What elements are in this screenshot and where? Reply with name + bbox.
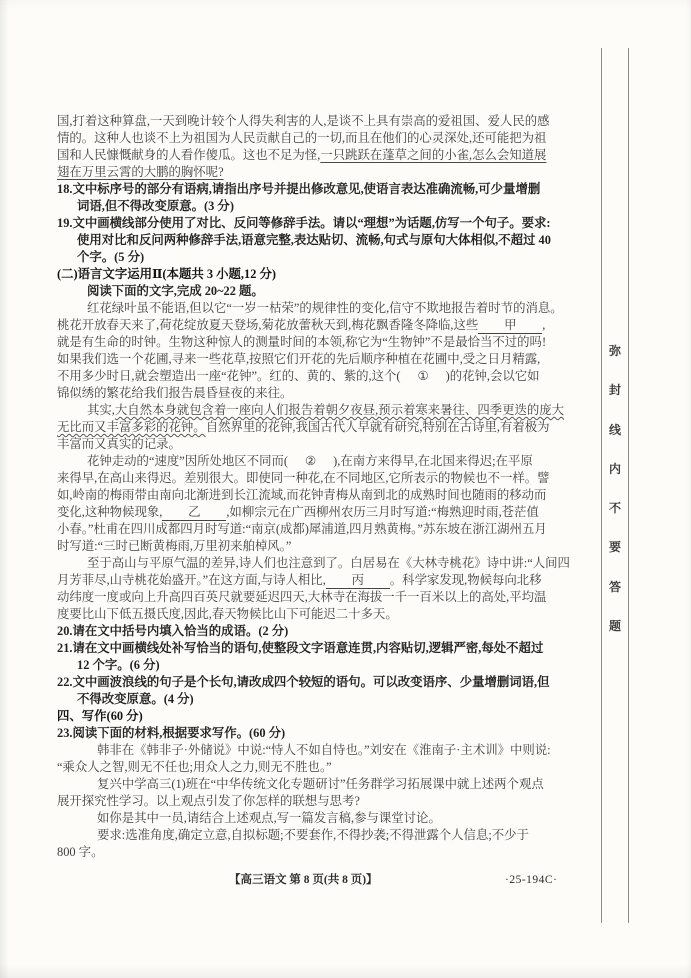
text-segment: 21.请在文中画横线处补写恰当的语句,使整段文字语意连贯,内容贴切,逻辑严密,每… xyxy=(57,641,543,655)
text-line-44: 800 字。 xyxy=(57,844,593,861)
fill-in-blank: 甲 xyxy=(478,318,542,334)
text-segment: 800 字。 xyxy=(57,845,103,859)
seal-char: 封 xyxy=(609,381,621,398)
footer-code-label: ·25-194C· xyxy=(505,872,557,889)
text-segment: 自然界里的花钟,我国古代人早就有研究,特别在古诗里,有着极为 xyxy=(206,420,550,434)
text-segment: 12 个字。(6 分) xyxy=(77,658,160,672)
text-line-33: 12 个字。(6 分) xyxy=(77,657,593,674)
text-line-14: 就是有生命的时钟。生物这种惊人的测量时间的本领,称它为“生物钟”不是最恰当不过的… xyxy=(57,334,593,351)
text-line-10: (二)语言文字运用Ⅱ(本题共 3 小题,12 分) xyxy=(57,266,593,283)
text-segment: 其实, xyxy=(87,403,115,417)
text-line-22: 来得早,在高山来得迟。差别很大。即使同一种花,在不同地区,它所表示的物候也不一样… xyxy=(57,470,593,487)
text-line-28: 月芳菲尽,山寺桃花始盛开。”在这方面,与诗人相比,丙。科学家发现,物候每向北移 xyxy=(57,572,593,589)
text-segment: 度要比山下低五摄氏度,因此,春天物候比山下可能迟二十多天。 xyxy=(57,607,398,621)
text-segment: 22.文中画波浪线的句子是个长句,请改成四个较短的语句。可以改变语序、少量增删词… xyxy=(57,675,550,689)
text-segment: 丰富而又真实的记录。 xyxy=(57,437,181,451)
seal-char: 线 xyxy=(609,421,621,438)
text-line-42: 如你是其中一员,请结合上述观点,写一篇发言稿,参与课堂讨论。 xyxy=(97,810,593,827)
text-segment: 四、写作(60 分) xyxy=(57,709,143,723)
text-segment: 23.阅读下面的材料,根据要求写作。(60 分) xyxy=(57,726,285,740)
seal-text: 弥封线内不要答题 xyxy=(602,342,628,634)
text-segment: 红花绿叶虽不能语,但以它“一岁一枯荣”的规律性的变化,信守不欺地报告着时节的消息… xyxy=(87,301,563,315)
text-line-15: 如果我们选一个花圃,寻来一些花草,按照它们开花的先后顺序种植在花圃中,受之日月精… xyxy=(57,351,593,368)
text-segment: (二)语言文字运用Ⅱ(本题共 3 小题,12 分) xyxy=(57,267,276,281)
text-line-9: 个字。(5 分) xyxy=(77,249,593,266)
text-line-25: 小春。”杜甫在四川成都四月时写道:“南京(成都)犀浦道,四月熟黄梅。”苏东坡在浙… xyxy=(57,521,593,538)
seal-line-right xyxy=(628,48,629,923)
text-line-11: 阅读下面的文字,完成 20~22 题。 xyxy=(87,283,593,300)
text-line-30: 度要比山下低五摄氏度,因此,春天物候比山下可能迟二十多天。 xyxy=(57,606,593,623)
text-segment: , xyxy=(542,318,545,332)
seal-char: 不 xyxy=(609,499,621,516)
text-segment: 19.文中画横线部分使用了对比、反问等修辞手法。请以“理想”为话题,仿写一个句子… xyxy=(57,216,551,230)
text-line-37: 23.阅读下面的材料,根据要求写作。(60 分) xyxy=(57,725,593,742)
fill-in-blank: 丙 xyxy=(326,573,390,589)
text-line-20: 丰富而又真实的记录。 xyxy=(57,436,593,453)
text-segment: 使用对比和反问两种修辞手法,语意完整,表达贴切、流畅,句式与原句大体相似,不超过… xyxy=(77,233,551,247)
text-segment: 要求:选准角度,确定立意,自拟标题;不要套作,不得抄袭;不得泄露个人信息;不少于 xyxy=(97,828,529,842)
text-segment: 小春。”杜甫在四川成都四月时写道:“南京(成都)犀浦道,四月熟黄梅。”苏东坡在浙… xyxy=(57,522,547,536)
text-segment: 。科学家发现,物候每向北移 xyxy=(390,573,542,587)
text-line-32: 21.请在文中画横线处补写恰当的语句,使整段文字语意连贯,内容贴切,逻辑严密,每… xyxy=(57,640,593,657)
text-line-3: 国和人民慷慨献身的人看作傻瓜。这也不足为怪,一只跳跃在蓬草之间的小雀,怎么会知道… xyxy=(57,147,593,164)
text-line-19: 无比而又丰富多彩的花钟。自然界里的花钟,我国古代人早就有研究,特别在古诗里,有着… xyxy=(57,419,593,436)
exam-page-scan: 国,打着这种算盘,一天到晚计较个人得失利害的人,是谈不上具有崇高的爱祖国、爱人民… xyxy=(0,0,691,978)
text-segment: 至于高山与平原气温的差异,诗人们也注意到了。白居易在《大林寺桃花》诗中讲:“人间… xyxy=(87,556,570,570)
text-line-16: 不用多少时日,就会塑造出一座“花钟”。红的、黄的、紫的,这个(①)的花钟,会以它… xyxy=(57,368,593,385)
text-line-39: “乘众人之智,则无不任也;用众人之力,则无不胜也。” xyxy=(57,759,593,776)
text-segment: 18.文中标序号的部分有语病,请指出序号并提出修改意见,使语言表达准确流畅,可少… xyxy=(57,182,540,196)
text-segment: “乘众人之智,则无不任也;用众人之力,则无不胜也。” xyxy=(57,760,332,774)
seal-char: 答 xyxy=(609,578,621,595)
text-segment: 不得改变原意。(4 分) xyxy=(77,692,194,706)
text-line-18: 其实,大自然本身就包含着一座向人们报告着朝夕夜昼,预示着寒来暑往、四季更迭的庞大 xyxy=(87,402,593,419)
text-line-21: 花钟走动的“速度”因所处地区不同而(②),在南方来得早,在北国来得迟;在平原 xyxy=(87,453,593,470)
underlined-text: 翅在万里云霄的大鹏的胸怀呢? xyxy=(57,165,224,179)
text-line-4: 翅在万里云霄的大鹏的胸怀呢? xyxy=(57,164,593,181)
footer-page-label: 【高三语文 第 8 页(共 8 页)】 xyxy=(229,872,378,889)
text-line-17: 锦似绣的繁花给我们报告晨昏昼夜的来往。 xyxy=(57,385,593,402)
text-segment: 桃花开放春天来了,荷花绽放夏天登场,菊花放蕾秋天到,梅花飘香隆冬降临,这些 xyxy=(57,318,478,332)
text-segment: )的花钟,会以它如 xyxy=(446,369,540,383)
text-segment: ,如柳宗元在广西柳州农历三月时写道:“梅熟迎时雨,苍茫值 xyxy=(226,505,539,519)
text-segment: 变化,这种物候现象, xyxy=(57,505,162,519)
text-segment: 20.请在文中括号内填入恰当的成语。(2 分) xyxy=(57,624,288,638)
text-line-27: 至于高山与平原气温的差异,诗人们也注意到了。白居易在《大林寺桃花》诗中讲:“人间… xyxy=(87,555,593,572)
text-line-41: 展开探究性学习。以上观点引发了你怎样的联想与思考? xyxy=(57,793,593,810)
text-segment: 如你是其中一员,请结合上述观点,写一篇发言稿,参与课堂讨论。 xyxy=(97,811,441,825)
text-line-2: 情的。这种人也谈不上为祖国为人民贡献自己的一切,而且在他们的心灵深处,还可能把为… xyxy=(57,130,593,147)
text-segment: 时写道:“三时已断黄梅雨,万里初来舶棹风。” xyxy=(57,539,291,553)
text-segment: 词语,但不得改变原意。(3 分) xyxy=(77,199,234,213)
text-line-23: 如,岭南的梅雨带由南向北渐进到长江流域,而花钟青梅从南到北的成熟时间也随雨的移动… xyxy=(57,487,593,504)
underlined-text: 一只跳跃在蓬草之间的小雀,怎么会知道展 xyxy=(320,148,546,162)
text-segment: 韩非在《韩非子·外储说》中说:“恃人不如自恃也。”刘安在《淮南子·主术训》中则说… xyxy=(97,743,551,757)
text-line-26: 时写道:“三时已断黄梅雨,万里初来舶棹风。” xyxy=(57,538,593,555)
text-segment: 来得早,在高山来得迟。差别很大。即使同一种花,在不同地区,它所表示的物候也不一样… xyxy=(57,471,550,485)
text-line-5: 18.文中标序号的部分有语病,请指出序号并提出修改意见,使语言表达准确流畅,可少… xyxy=(57,181,593,198)
text-segment: 如果我们选一个花圃,寻来一些花草,按照它们开花的先后顺序种植在花圃中,受之日月精… xyxy=(57,352,540,366)
text-line-29: 动纬度一度或向上升高四百英尺就要延迟四天,大林寺在海拔一千一百米以上的高处,平均… xyxy=(57,589,593,606)
circled-number: ① xyxy=(400,368,445,385)
fill-in-blank: 乙 xyxy=(162,505,226,521)
text-segment: 花钟走动的“速度”因所处地区不同而( xyxy=(87,454,288,468)
seal-char: 内 xyxy=(609,460,621,477)
page-footer: 【高三语文 第 8 页(共 8 页)】 ·25-194C· xyxy=(57,872,593,889)
text-line-24: 变化,这种物候现象,乙,如柳宗元在广西柳州农历三月时写道:“梅熟迎时雨,苍茫值 xyxy=(57,504,593,521)
text-line-43: 要求:选准角度,确定立意,自拟标题;不要套作,不得抄袭;不得泄露个人信息;不少于 xyxy=(97,827,593,844)
text-line-13: 桃花开放春天来了,荷花绽放夏天登场,菊花放蕾秋天到,梅花飘香隆冬降临,这些甲, xyxy=(57,317,593,334)
text-segment: 复兴中学高三(1)班在“中华传统文化专题研讨”任务群学习拓展课中就上述两个观点 xyxy=(97,777,544,791)
text-segment: 国和人民慷慨献身的人看作傻瓜。这也不足为怪, xyxy=(57,148,320,162)
text-segment: 个字。(5 分) xyxy=(77,250,144,264)
text-segment: 就是有生命的时钟。生物这种惊人的测量时间的本领,称它为“生物钟”不是最恰当不过的… xyxy=(57,335,546,349)
text-segment: ),在南方来得早,在北国来得迟;在平原 xyxy=(333,454,533,468)
text-segment: 锦似绣的繁花给我们报告晨昏昼夜的来往。 xyxy=(57,386,292,400)
text-segment: 情的。这种人也谈不上为祖国为人民贡献自己的一切,而且在他们的心灵深处,还可能把为… xyxy=(57,131,546,145)
text-segment: 阅读下面的文字,完成 20~22 题。 xyxy=(87,284,264,298)
text-line-36: 四、写作(60 分) xyxy=(57,708,593,725)
text-line-35: 不得改变原意。(4 分) xyxy=(77,691,593,708)
text-line-31: 20.请在文中括号内填入恰当的成语。(2 分) xyxy=(57,623,593,640)
text-line-40: 复兴中学高三(1)班在“中华传统文化专题研讨”任务群学习拓展课中就上述两个观点 xyxy=(97,776,593,793)
text-line-38: 韩非在《韩非子·外储说》中说:“恃人不如自恃也。”刘安在《淮南子·主术训》中则说… xyxy=(97,742,593,759)
seal-char: 要 xyxy=(609,538,621,555)
circled-number: ② xyxy=(288,453,333,470)
seal-char: 弥 xyxy=(609,342,621,359)
text-line-7: 19.文中画横线部分使用了对比、反问等修辞手法。请以“理想”为话题,仿写一个句子… xyxy=(57,215,593,232)
text-block: 国,打着这种算盘,一天到晚计较个人得失利害的人,是谈不上具有崇高的爱祖国、爱人民… xyxy=(57,113,593,861)
wavy-underlined-text: 大自然本身就包含着一座向人们报告着朝夕夜昼,预示着寒来暑往、四季更迭的庞大 xyxy=(115,403,564,417)
text-segment: 国,打着这种算盘,一天到晚计较个人得失利害的人,是谈不上具有崇高的爱祖国、爱人民… xyxy=(57,114,550,128)
seal-char: 题 xyxy=(609,617,621,634)
text-segment: 展开探究性学习。以上观点引发了你怎样的联想与思考? xyxy=(57,794,360,808)
text-line-34: 22.文中画波浪线的句子是个长句,请改成四个较短的语句。可以改变语序、少量增删词… xyxy=(57,674,593,691)
text-line-8: 使用对比和反问两种修辞手法,语意完整,表达贴切、流畅,句式与原句大体相似,不超过… xyxy=(77,232,593,249)
wavy-underlined-text: 无比而又丰富多彩的花钟。 xyxy=(57,420,206,434)
text-line-12: 红花绿叶虽不能语,但以它“一岁一枯荣”的规律性的变化,信守不欺地报告着时节的消息… xyxy=(87,300,593,317)
text-segment: 月芳菲尽,山寺桃花始盛开。”在这方面,与诗人相比, xyxy=(57,573,326,587)
text-segment: 不用多少时日,就会塑造出一座“花钟”。红的、黄的、紫的,这个( xyxy=(57,369,400,383)
text-line-1: 国,打着这种算盘,一天到晚计较个人得失利害的人,是谈不上具有崇高的爱祖国、爱人民… xyxy=(57,113,593,130)
text-line-6: 词语,但不得改变原意。(3 分) xyxy=(77,198,593,215)
text-segment: 动纬度一度或向上升高四百英尺就要延迟四天,大林寺在海拔一千一百米以上的高处,平均… xyxy=(57,590,546,604)
text-segment: 如,岭南的梅雨带由南向北渐进到长江流域,而花钟青梅从南到北的成熟时间也随雨的移动… xyxy=(57,488,546,502)
